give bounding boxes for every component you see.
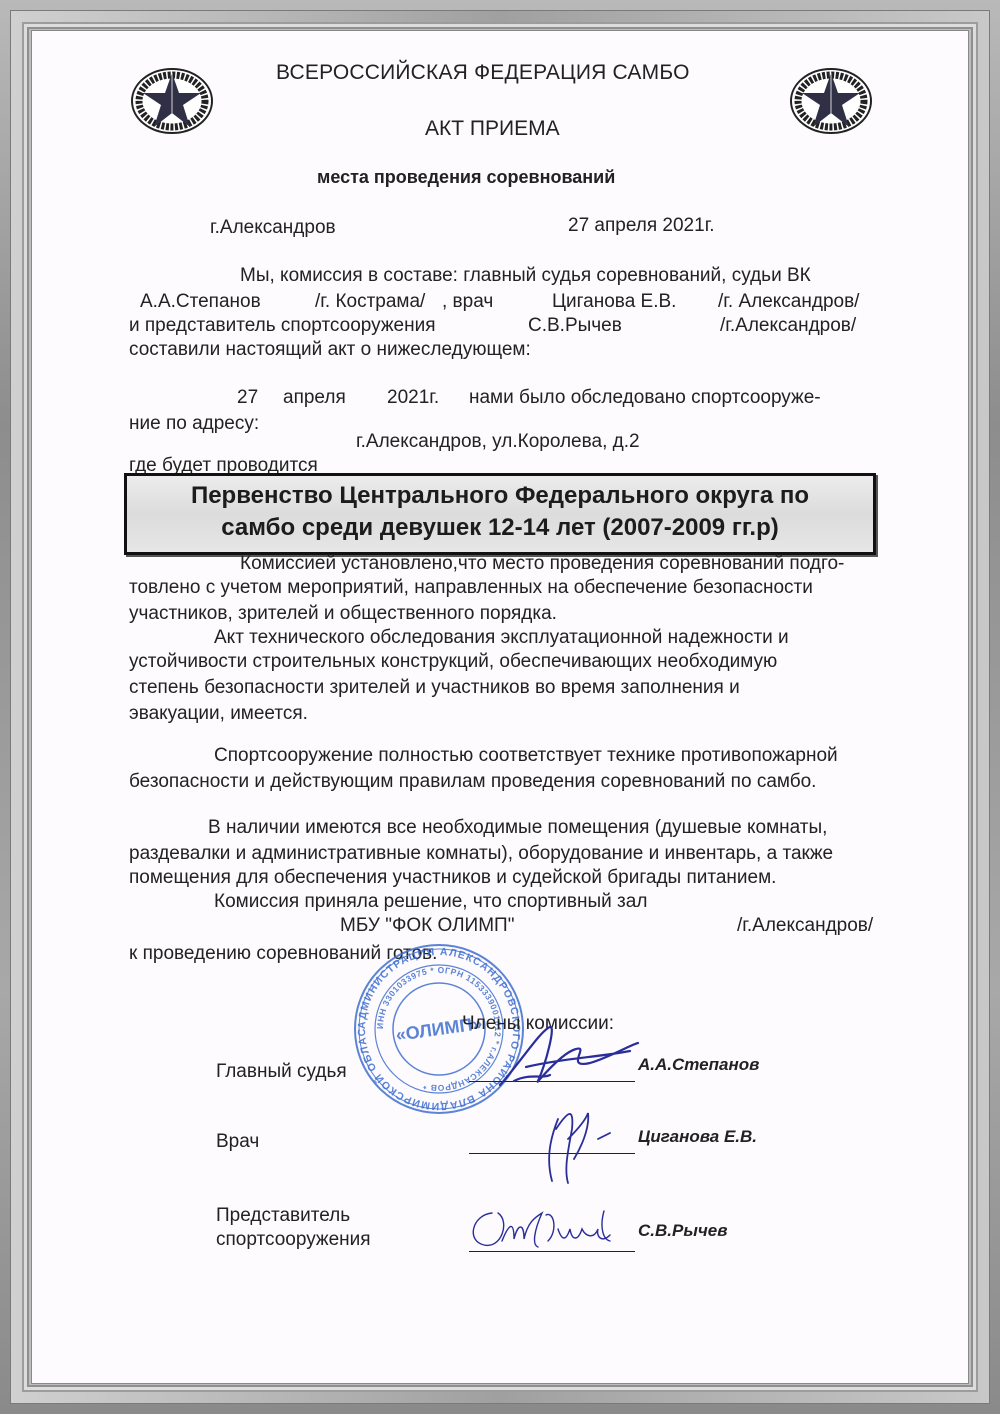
paragraph-2-line1: Акт технического обследования эксплуатац… [214,627,789,649]
signature-role-representative-line1: Представитель [216,1205,350,1227]
rep-city: /г.Александров/ [720,315,856,337]
document-page: ВСЕРОССИЙСКАЯ ФЕДЕРАЦИЯ САМБО АКТ ПРИЕМА… [31,30,969,1384]
judge-name: А.А.Степанов [140,291,261,313]
inspection-text2: ние по адресу: [129,413,259,435]
paragraph-1-line1: Комиссией установлено,что место проведен… [240,553,844,575]
paragraph-1-line2: товлено с учетом мероприятий, направленн… [129,577,813,599]
paragraph-2-line2: устойчивости строительных конструкций, о… [129,651,777,673]
place-date: 27 апреля 2021г. [568,215,715,237]
inspection-month: апреля [283,387,346,409]
signature-doctor-icon [528,1099,618,1189]
doctor-label: , врач [442,291,493,313]
venue-city: /г.Александров/ [737,915,873,937]
inspection-year: 2021г. [387,387,439,409]
venue-name: МБУ "ФОК ОЛИМП" [340,915,514,937]
signature-chief-judge-icon [480,1023,640,1091]
decision-text: Комиссия приняла решение, что спортивный… [214,891,647,913]
event-title-line1: Первенство Центрального Федерального окр… [127,482,873,510]
paragraph-2-line3: степень безопасности зрителей и участник… [129,677,740,699]
signature-name-representative: С.В.Рычев [638,1221,728,1241]
inspection-address: г.Александров, ул.Королева, д.2 [356,431,640,453]
paragraph-2-line4: эвакуации, имеется. [129,703,308,725]
document-subtitle: места проведения соревнований [317,167,615,188]
sambo-logo-right-icon [789,67,873,135]
organization-title: ВСЕРОССИЙСКАЯ ФЕДЕРАЦИЯ САМБО [276,61,690,85]
doctor-city: /г. Александров/ [718,291,859,313]
signature-role-chief-judge: Главный судья [216,1061,347,1083]
event-title-line2: самбо среди девушек 12-14 лет (2007-2009… [127,514,873,542]
signature-role-representative-line2: спортсооружения [216,1229,371,1251]
commission-line1: Мы, комиссия в составе: главный судья со… [240,265,811,287]
event-title-box: Первенство Центрального Федерального окр… [124,473,876,555]
inspection-text: нами было обследовано спортсооруже- [469,387,821,409]
inspection-day: 27 [237,387,258,409]
paragraph-3-line2: безопасности и действующим правилам пров… [129,771,816,793]
paragraph-3-line1: Спортсооружение полностью соответствует … [214,745,838,767]
signature-representative-icon [462,1201,632,1257]
place-city: г.Александров [210,217,336,239]
signature-name-chief-judge: А.А.Степанов [638,1055,759,1075]
paragraph-1-line3: участников, зрителей и общественного пор… [129,603,557,625]
signature-name-doctor: Циганова Е.В. [638,1127,757,1147]
document-type: АКТ ПРИЕМА [425,117,560,141]
judge-city: /г. Кострама/ [315,291,425,313]
paragraph-4-line2: раздевалки и административные комнаты), … [129,843,833,865]
doctor-name: Циганова Е.В. [552,291,676,313]
commission-closing: составили настоящий акт о нижеследующем: [129,339,531,361]
sambo-logo-left-icon [130,67,214,135]
rep-label: и представитель спортсооружения [129,315,436,337]
rep-name: С.В.Рычев [528,315,622,337]
signature-role-doctor: Врач [216,1131,259,1153]
paragraph-4-line3: помещения для обеспечения участников и с… [129,867,776,889]
paragraph-4-line1: В наличии имеются все необходимые помеще… [208,817,827,839]
